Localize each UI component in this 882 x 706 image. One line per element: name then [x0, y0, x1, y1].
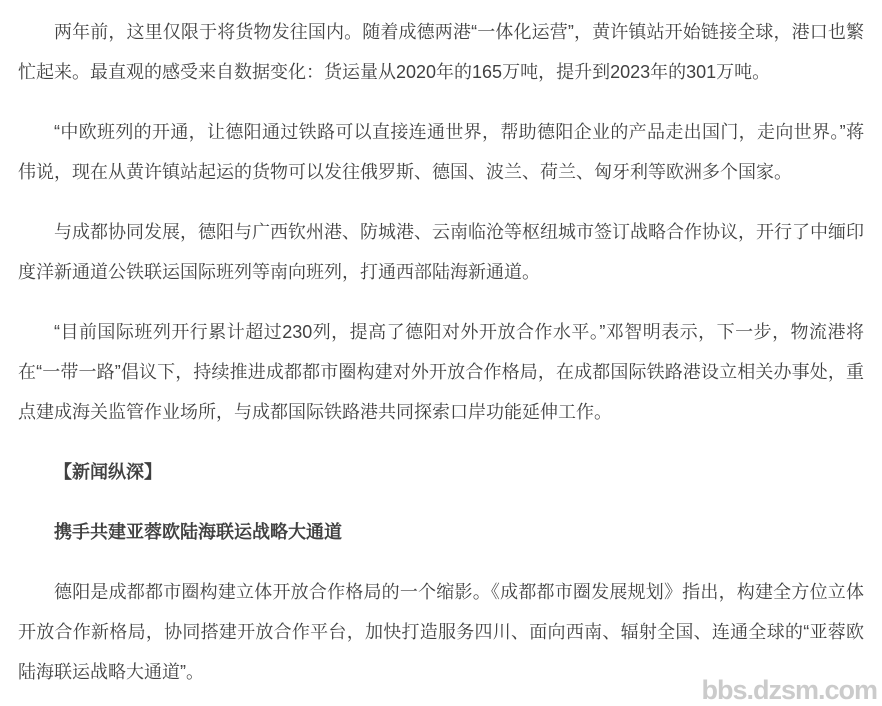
paragraph-deyang-epitome: 德阳是成都都市圈构建立体开放合作格局的一个缩影。《成都都市圈发展规划》指出，构建…: [18, 572, 864, 692]
article-body: 两年前，这里仅限于将货物发往国内。随着成德两港“一体化运营”，黄许镇站开始链接全…: [0, 0, 882, 692]
article-page: 两年前，这里仅限于将货物发往国内。随着成德两港“一体化运营”，黄许镇站开始链接全…: [0, 0, 882, 706]
paragraph-freight-volume: 两年前，这里仅限于将货物发往国内。随着成德两港“一体化运营”，黄许镇站开始链接全…: [18, 12, 864, 92]
paragraph-chengdu-cooperation: 与成都协同发展，德阳与广西钦州港、防城港、云南临沧等枢纽城市签订战略合作协议，开…: [18, 212, 864, 292]
article-subheading-corridor: 携手共建亚蓉欧陆海联运战略大通道: [18, 512, 864, 552]
site-watermark: bbs.dzsm.com: [701, 675, 877, 706]
section-heading-news-depth: 【新闻纵深】: [18, 452, 864, 492]
paragraph-international-trains: “目前国际班列开行累计超过230列，提高了德阳对外开放合作水平。”邓智明表示，下…: [18, 312, 864, 432]
paragraph-china-europe-trains: “中欧班列的开通，让德阳通过铁路可以直接连通世界，帮助德阳企业的产品走出国门，走…: [18, 112, 864, 192]
